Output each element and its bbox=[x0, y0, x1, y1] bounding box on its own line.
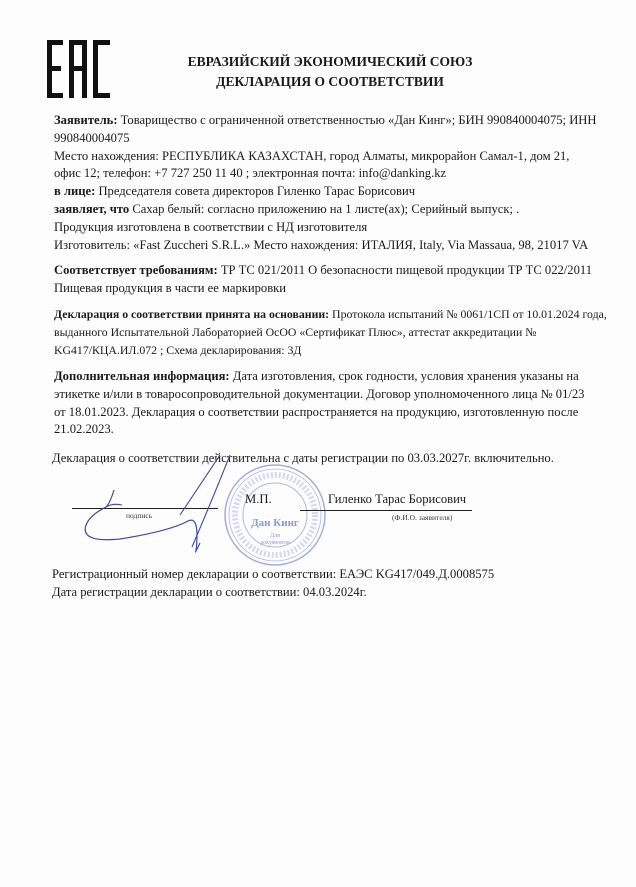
basis-text-3: KG417/КЦА.ИЛ.072 ; Схема декларирования:… bbox=[54, 342, 614, 360]
name-line bbox=[300, 510, 472, 511]
requirements-section: Соответствует требованиям: ТР ТС 021/201… bbox=[54, 262, 614, 298]
applicant-address-2: офис 12; телефон: +7 727 250 11 40 ; эле… bbox=[54, 165, 614, 183]
declares-label: заявляет, что bbox=[54, 202, 129, 216]
registration-date: Дата регистрации декларации о соответств… bbox=[52, 584, 612, 602]
person-label: в лице: bbox=[54, 184, 95, 198]
declaration-page: ЕВРАЗИЙСКИЙ ЭКОНОМИЧЕСКИЙ СОЮЗ ДЕКЛАРАЦИ… bbox=[0, 0, 636, 887]
applicant-section: Заявитель: Товарищество с ограниченной о… bbox=[54, 112, 614, 254]
applicant-address-1: Место нахождения: РЕСПУБЛИКА КАЗАХСТАН, … bbox=[54, 148, 614, 166]
additional-text-2: этикетке и/или в товаросопроводительной … bbox=[54, 386, 614, 404]
manufacturer-line: Изготовитель: «Fast Zuccheri S.R.L.» Мес… bbox=[54, 237, 614, 255]
applicant-label: Заявитель: bbox=[54, 113, 118, 127]
applicant-tax-id: 990840004075 bbox=[54, 130, 614, 148]
signer-caption: (Ф.И.О. заявителя) bbox=[392, 513, 452, 522]
basis-section: Декларация о соответствии принята на осн… bbox=[54, 306, 614, 359]
basis-text: Протокола испытаний № 0061/1СП от 10.01.… bbox=[329, 307, 607, 321]
additional-text-4: 21.02.2023. bbox=[54, 421, 614, 439]
document-header: ЕВРАЗИЙСКИЙ ЭКОНОМИЧЕСКИЙ СОЮЗ ДЕКЛАРАЦИ… bbox=[180, 52, 480, 92]
person-text: Председателя совета директоров Гиленко Т… bbox=[95, 184, 415, 198]
additional-label: Дополнительная информация: bbox=[54, 369, 230, 383]
signer-name: Гиленко Тарас Борисович bbox=[328, 492, 466, 507]
requirements-label: Соответствует требованиям: bbox=[54, 263, 218, 277]
registration-section: Регистрационный номер декларации о соотв… bbox=[52, 566, 612, 602]
document-title: ДЕКЛАРАЦИЯ О СООТВЕТСТВИИ bbox=[180, 72, 480, 92]
basis-label: Декларация о соответствии принята на осн… bbox=[54, 307, 329, 321]
additional-text: Дата изготовления, срок годности, услови… bbox=[230, 369, 579, 383]
requirements-text-2: Пищевая продукция в части ее маркировки bbox=[54, 280, 614, 298]
handwritten-signature-icon bbox=[60, 455, 260, 575]
union-title: ЕВРАЗИЙСКИЙ ЭКОНОМИЧЕСКИЙ СОЮЗ bbox=[180, 52, 480, 72]
additional-info-section: Дополнительная информация: Дата изготовл… bbox=[54, 368, 614, 439]
basis-text-2: выданного Испытательной Лабораторией ОсО… bbox=[54, 324, 614, 342]
product-line: Продукция изготовлена в соответствии с Н… bbox=[54, 219, 614, 237]
applicant-text: Товарищество с ограниченной ответственно… bbox=[118, 113, 597, 127]
additional-text-3: от 18.01.2023. Декларация о соответствии… bbox=[54, 404, 614, 422]
requirements-text: ТР ТС 021/2011 О безопасности пищевой пр… bbox=[218, 263, 592, 277]
registration-number: Регистрационный номер декларации о соотв… bbox=[52, 566, 612, 584]
eac-logo-icon bbox=[45, 38, 115, 100]
declares-text: Сахар белый: согласно приложению на 1 ли… bbox=[129, 202, 519, 216]
